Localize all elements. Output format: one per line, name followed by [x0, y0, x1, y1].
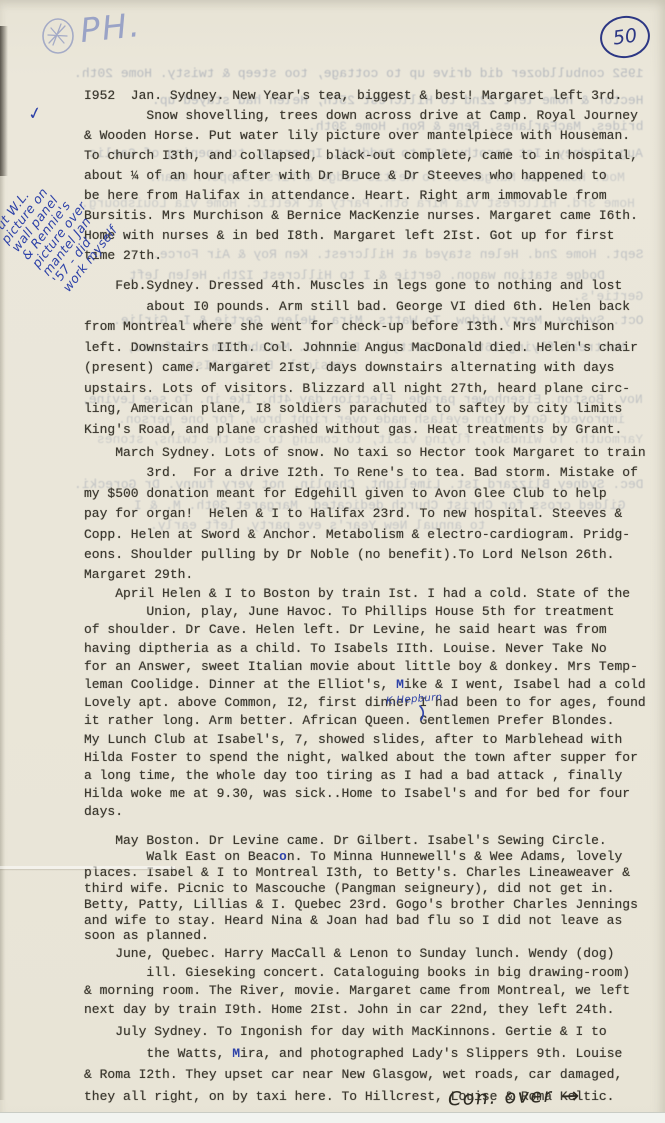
typed-line: Feb.Sydney. Dressed 4th. Muscles in legs…: [84, 276, 638, 297]
typed-line: & morning room. The River, movie. Margar…: [84, 982, 630, 1001]
typed-line: July Sydney. To Ingonish for day with Ma…: [84, 1021, 622, 1043]
typed-line: & Wooden Horse. Put water lily picture o…: [84, 126, 638, 146]
typed-line: (present) came. Margaret 2Ist, days down…: [84, 358, 638, 379]
typed-line: To church I3th, and collapsed, black-out…: [84, 146, 638, 166]
page-number-text: 50: [611, 24, 638, 49]
typed-line: June, Quebec. Harry MacCall & Lenon to S…: [84, 945, 630, 964]
diary-paragraph-may: May Boston. Dr Levine came. Dr Gilbert. …: [84, 833, 638, 944]
typed-line: a long time, the whole day too tiring as…: [84, 767, 646, 785]
circled-monogram-stamp: [40, 16, 76, 61]
typed-line: April Helen & I to Boston by train Ist. …: [84, 585, 646, 603]
typed-line: March Sydney. Lots of snow. No taxi so H…: [84, 443, 646, 463]
typed-line: May Boston. Dr Levine came. Dr Gilbert. …: [84, 833, 638, 849]
paper-crease: [0, 866, 175, 869]
typed-line: upstairs. Lots of visitors. Blizzard all…: [84, 379, 638, 400]
typed-line: from Montreal where she went for check-u…: [84, 317, 638, 338]
scanned-diary-page: 1952 conbulldozer did drive up to cottag…: [0, 0, 665, 1123]
continuation-note: Con. over→: [448, 1082, 582, 1112]
typed-line: be here from Halifax in attendance. Hear…: [84, 186, 638, 206]
scanner-background: [0, 1112, 665, 1123]
typed-line: left. Downstairs IIth. Col. Johnnie Angu…: [84, 338, 638, 359]
insertion-caret-mark: [417, 705, 427, 721]
typed-line: having diptheria as a child. To Isabels …: [84, 640, 646, 658]
typed-line: and wife to stay. Heard Nina & Joan had …: [84, 913, 638, 929]
typed-line: days.: [84, 803, 646, 821]
arrow-icon: →: [560, 1084, 581, 1110]
diary-paragraph-jan: I952 Jan. Sydney. New Year's tea, bigges…: [84, 86, 638, 266]
typed-line: my $500 donation meant for Edgehill give…: [84, 484, 646, 504]
typed-line: next day by train I9th. Home 2Ist. John …: [84, 1001, 630, 1020]
typed-line: soon as planned.: [84, 928, 638, 944]
typed-line: about ¼ of an hour after with Dr Bruce &…: [84, 166, 638, 186]
typed-line: Margaret 29th.: [84, 565, 646, 585]
typed-line: Home with nurses & in bed I8th. Margaret…: [84, 226, 638, 246]
typed-line: leman Coolidge. Dinner at the Elliot's, …: [84, 676, 646, 694]
typed-line: about I0 pounds. Arm still bad. George V…: [84, 297, 638, 318]
blue-ink-overwrite: o: [279, 849, 287, 864]
typed-line: My Lunch Club at Isabel's, 7, showed sli…: [84, 731, 646, 749]
typed-line: ling, American plane, I8 soldiers parach…: [84, 399, 638, 420]
typed-line: I952 Jan. Sydney. New Year's tea, bigges…: [84, 86, 638, 106]
typewritten-diary-text: I952 Jan. Sydney. New Year's tea, bigges…: [0, 0, 665, 1123]
typed-line: King's Road, and plane crashed without g…: [84, 420, 638, 441]
typed-line: Bursitis. Mrs Murchison & Bernice MacKen…: [84, 206, 638, 226]
typed-line: Hilda Foster to spend the night, walked …: [84, 749, 646, 767]
typed-line: of shoulder. Dr Cave. Helen left. Dr Lev…: [84, 621, 646, 639]
typed-line: 3rd. For a drive I2th. To Rene's to tea.…: [84, 463, 646, 483]
typed-line: Copp. Helen at Sword & Anchor. Metabolis…: [84, 525, 646, 545]
typed-line: ill. Gieseking concert. Cataloguing book…: [84, 964, 630, 983]
typed-line: Snow shovelling, trees down across drive…: [84, 106, 638, 126]
diary-paragraph-jun: June, Quebec. Harry MacCall & Lenon to S…: [84, 945, 630, 1019]
typed-line: time 27th.: [84, 246, 638, 266]
diary-paragraph-apr: April Helen & I to Boston by train Ist. …: [84, 585, 646, 822]
penciled-initials: PH.: [78, 5, 143, 50]
typed-line: Union, play, June Havoc. To Phillips Hou…: [84, 603, 646, 621]
typed-line: pay for organ! Helen & I to Halifax 23rd…: [84, 504, 646, 524]
diary-paragraph-mar: March Sydney. Lots of snow. No taxi so H…: [84, 443, 646, 586]
typed-line: Walk East on Beacon. To Minna Hunnewell'…: [84, 849, 638, 865]
typed-line: Betty, Patty, Lillias & I. Quebec 23rd. …: [84, 897, 638, 913]
typed-line: the Watts, Mira, and photographed Lady's…: [84, 1043, 622, 1065]
typed-line: third wife. Picnic to Mascouche (Pangman…: [84, 881, 638, 897]
typed-line: Lovely apt. above Common, I2, first dinn…: [84, 694, 646, 712]
blue-ink-overwrite: M: [232, 1046, 240, 1061]
continuation-text: Con. over: [448, 1085, 554, 1111]
diary-paragraph-feb: Feb.Sydney. Dressed 4th. Muscles in legs…: [84, 276, 638, 440]
typed-line: it rather long. Arm better. African Quee…: [84, 712, 646, 730]
blue-ink-overwrite: M: [396, 677, 404, 692]
typed-line: for an Answer, sweet Italian movie about…: [84, 658, 646, 676]
typed-line: eons. Shoulder pulling by Dr Noble (no b…: [84, 545, 646, 565]
typed-line: Hilda woke me at 9.30, was sick..Home to…: [84, 785, 646, 803]
